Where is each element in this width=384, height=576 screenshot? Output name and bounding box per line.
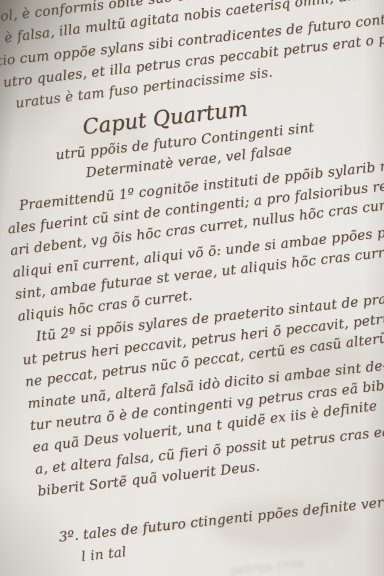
handwriting-layer: è pois, tñ nugasse de qs, o è vera, q o …	[0, 0, 384, 572]
body-paragraphs: Praemittendũ 1º cognitõe instituti de pp…	[4, 133, 384, 502]
manuscript-photo: si ambae sint petrus cras è pois, tñ nug…	[0, 0, 384, 576]
